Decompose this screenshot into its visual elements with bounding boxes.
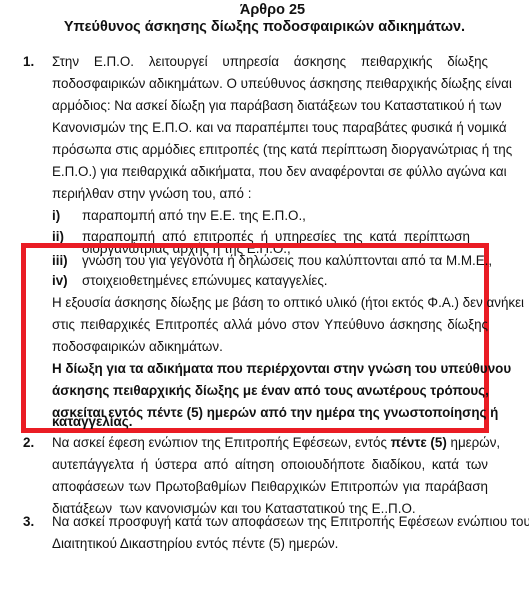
item-2-bold-deadline: πέντε (5) bbox=[391, 435, 447, 450]
item-1-line: πρόσωπα στις αρμόδιες επιτροπές (της κατ… bbox=[52, 140, 488, 160]
item-1-line: Ε.Π.Ο.) για πειθαρχικά αδικήματα, που δε… bbox=[52, 162, 488, 182]
optical-paragraph-line: ποδοσφαιρικών αδικημάτων. bbox=[52, 337, 488, 357]
subitem-text: γνώση του για γεγονότα ή δηλώσεις που κα… bbox=[82, 251, 482, 271]
item-2-text: ημερών, bbox=[447, 435, 500, 450]
item-1-line: Στην Ε.Π.Ο. λειτουργεί υπηρεσία άσκησης … bbox=[52, 52, 488, 72]
item-3-line: Να ασκεί προσφυγή κατά των αποφάσεων της… bbox=[52, 512, 488, 532]
bold-paragraph-line: καταγγελίας. bbox=[52, 412, 488, 432]
item-2-line: αυτεπάγγελτα ή ύστερα από αίτηση οποιουδ… bbox=[52, 455, 488, 475]
item-2-line: αποφάσεων των Πρωτοβαθμίων Πειθαρχικών Ε… bbox=[52, 477, 488, 497]
optical-paragraph-line: Η εξουσία άσκησης δίωξης με βάση το οπτι… bbox=[52, 293, 488, 313]
item-2-line: Να ασκεί έφεση ενώπιον της Επιτροπής Εφέ… bbox=[52, 433, 488, 453]
subitem-marker: iii) bbox=[52, 251, 68, 271]
item-2-text: Να ασκεί έφεση ενώπιον της Επιτροπής Εφέ… bbox=[52, 435, 391, 450]
article-subtitle: Υπεύθυνος άσκησης δίωξης ποδοσφαιρικών α… bbox=[0, 19, 529, 35]
subitem-marker: iv) bbox=[52, 271, 68, 291]
subitem-text: στοιχειοθετημένες επώνυμες καταγγελίες. bbox=[82, 271, 470, 291]
item-2-number: 2. bbox=[23, 433, 34, 453]
bold-paragraph-line: Η δίωξη για τα αδικήματα που περιέρχοντα… bbox=[52, 359, 488, 379]
bold-paragraph-line: άσκησης πειθαρχικής δίωξης με έναν από τ… bbox=[52, 381, 488, 401]
item-1-number: 1. bbox=[23, 52, 34, 72]
optical-paragraph-line: στις πειθαρχικές Επιτροπές αλλά μόνο στο… bbox=[52, 315, 488, 335]
item-3-number: 3. bbox=[23, 512, 34, 532]
item-1-line: αρμόδιος: Να ασκεί δίωξη για παράβαση δι… bbox=[52, 96, 488, 116]
item-1-line: ποδοσφαιρικών αδικημάτων. Ο υπεύθυνος άσ… bbox=[52, 74, 488, 94]
item-1-line: Κανονισμών της Ε.Π.Ο. και να παραπέμπει … bbox=[52, 118, 488, 138]
subitem-text: παραπομπή από την Ε.Ε. της Ε.Π.Ο., bbox=[82, 206, 470, 226]
subitem-marker: i) bbox=[52, 206, 60, 226]
item-3-line: Διαιτητικού Δικαστηρίου εντός πέντε (5) … bbox=[52, 534, 488, 554]
article-heading: Άρθρο 25 bbox=[8, 2, 529, 18]
item-1-line: περιήλθαν στην γνώση του, από : bbox=[52, 184, 488, 204]
